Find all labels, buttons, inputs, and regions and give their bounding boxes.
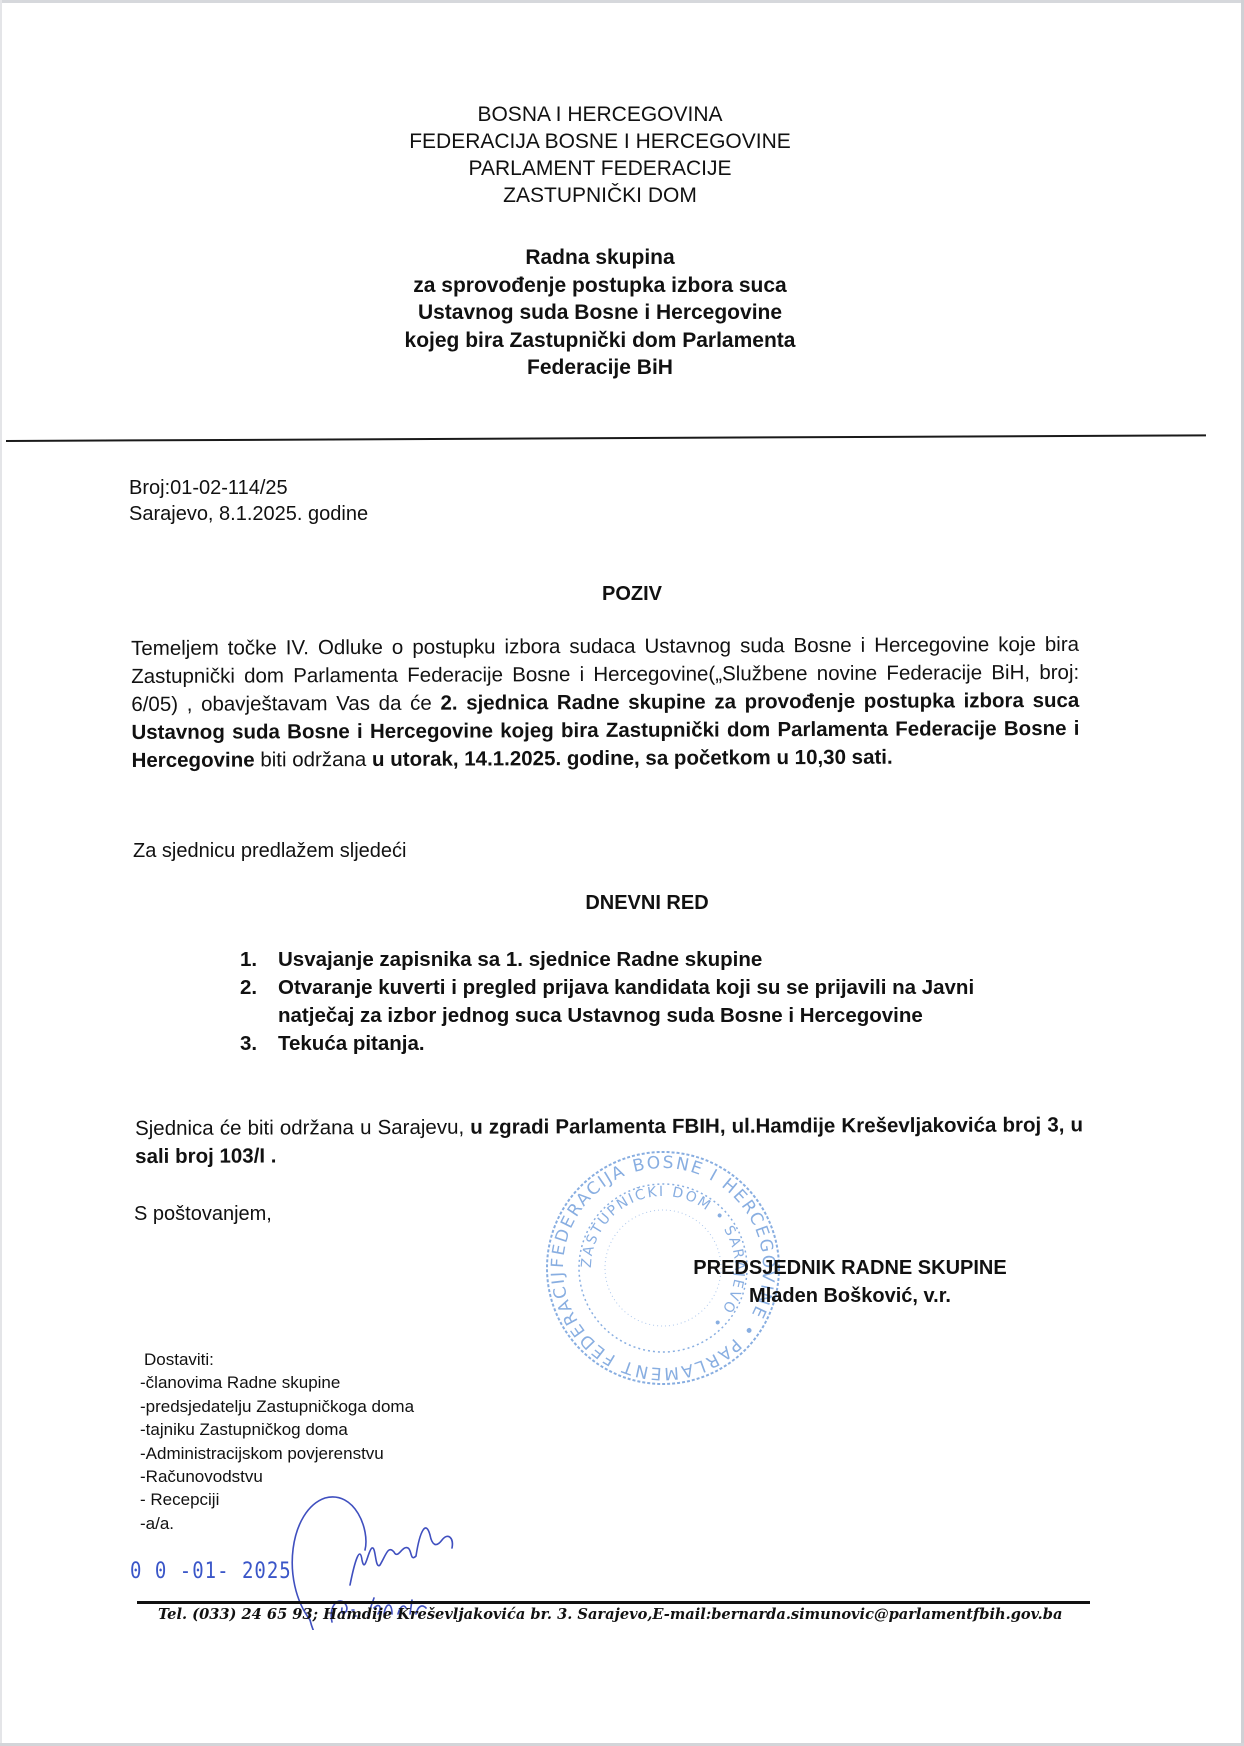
agenda-title: DNEVNI RED xyxy=(0,892,1244,915)
agenda-item-text: Tekuća pitanja. xyxy=(278,1032,425,1055)
received-date-stamp: 0 0 -01- 2025 xyxy=(130,1558,292,1583)
distribution-item: -tajniku Zastupničkog doma xyxy=(140,1418,414,1441)
footer-contact: Tel. (033) 24 65 93; Hamdije Kreševljako… xyxy=(158,1606,1062,1623)
distribution-item: -Administracijskom povjerenstvu xyxy=(140,1442,414,1465)
document-title: POZIV xyxy=(0,583,1244,606)
intro-paragraph: Temeljem točke IV. Odluke o postupku izb… xyxy=(131,631,1080,775)
distribution-item: -članovima Radne skupine xyxy=(140,1371,414,1394)
wg-line-2: za sprovođenje postupka izbora suca xyxy=(300,272,900,300)
reference-number: Broj:01-02-114/25 xyxy=(129,475,368,501)
agenda-item: 1.Usvajanje zapisnika sa 1. sjednice Rad… xyxy=(240,946,1000,974)
wg-line-3: Ustavnog suda Bosne i Hercegovine xyxy=(300,299,900,327)
wg-line-1: Radna skupina xyxy=(300,244,900,272)
agenda-item-number: 1. xyxy=(240,946,257,974)
footer-rule xyxy=(137,1601,1090,1604)
header-line-parliament: PARLAMENT FEDERACIJE xyxy=(300,155,900,182)
agenda-item-number: 3. xyxy=(240,1030,257,1058)
distribution-title: Dostaviti: xyxy=(140,1348,414,1371)
intro-text-2: biti održana xyxy=(255,748,372,772)
scan-edge-top xyxy=(0,0,1244,3)
document-reference: Broj:01-02-114/25 Sarajevo, 8.1.2025. go… xyxy=(129,475,368,527)
distribution-item: -predsjedatelju Zastupničkoga doma xyxy=(140,1395,414,1418)
header-line-house: ZASTUPNIČKI DOM xyxy=(300,182,900,209)
intro-session-datetime: u utorak, 14.1.2025. godine, sa početkom… xyxy=(372,746,893,771)
signature-block: PREDSJEDNIK RADNE SKUPINE Mladen Boškovi… xyxy=(640,1254,1060,1310)
distribution-item: -Računovodstvu xyxy=(140,1465,414,1488)
agenda-item-number: 2. xyxy=(240,974,257,1002)
agenda-lead: Za sjednicu predlažem sljedeći xyxy=(133,840,406,863)
agenda-item: 2.Otvaranje kuverti i pregled prijava ka… xyxy=(240,974,1000,1030)
agenda-item: 3.Tekuća pitanja. xyxy=(240,1030,1000,1058)
scan-edge-left xyxy=(0,0,2,1746)
header-separator-line xyxy=(6,434,1206,442)
place-and-date: Sarajevo, 8.1.2025. godine xyxy=(129,501,368,527)
header-line-federation: FEDERACIJA BOSNE I HERCEGOVINE xyxy=(300,128,900,155)
working-group-header: Radna skupina za sprovođenje postupka iz… xyxy=(300,244,900,382)
agenda-item-text: Otvaranje kuverti i pregled prijava kand… xyxy=(278,976,974,1027)
signatory-name: Mladen Bošković, v.r. xyxy=(640,1282,1060,1310)
agenda-list: 1.Usvajanje zapisnika sa 1. sjednice Rad… xyxy=(240,946,1000,1058)
venue-text: Sjednica će biti održana u Sarajevu, xyxy=(135,1116,470,1140)
closing-salutation: S poštovanjem, xyxy=(134,1203,272,1226)
wg-line-5: Federacije BiH xyxy=(300,354,900,382)
signatory-role: PREDSJEDNIK RADNE SKUPINE xyxy=(640,1254,1060,1282)
institution-header: BOSNA I HERCEGOVINA FEDERACIJA BOSNE I H… xyxy=(300,101,900,209)
agenda-item-text: Usvajanje zapisnika sa 1. sjednice Radne… xyxy=(278,948,762,971)
wg-line-4: kojeg bira Zastupnički dom Parlamenta xyxy=(300,327,900,355)
header-line-country: BOSNA I HERCEGOVINA xyxy=(300,101,900,128)
